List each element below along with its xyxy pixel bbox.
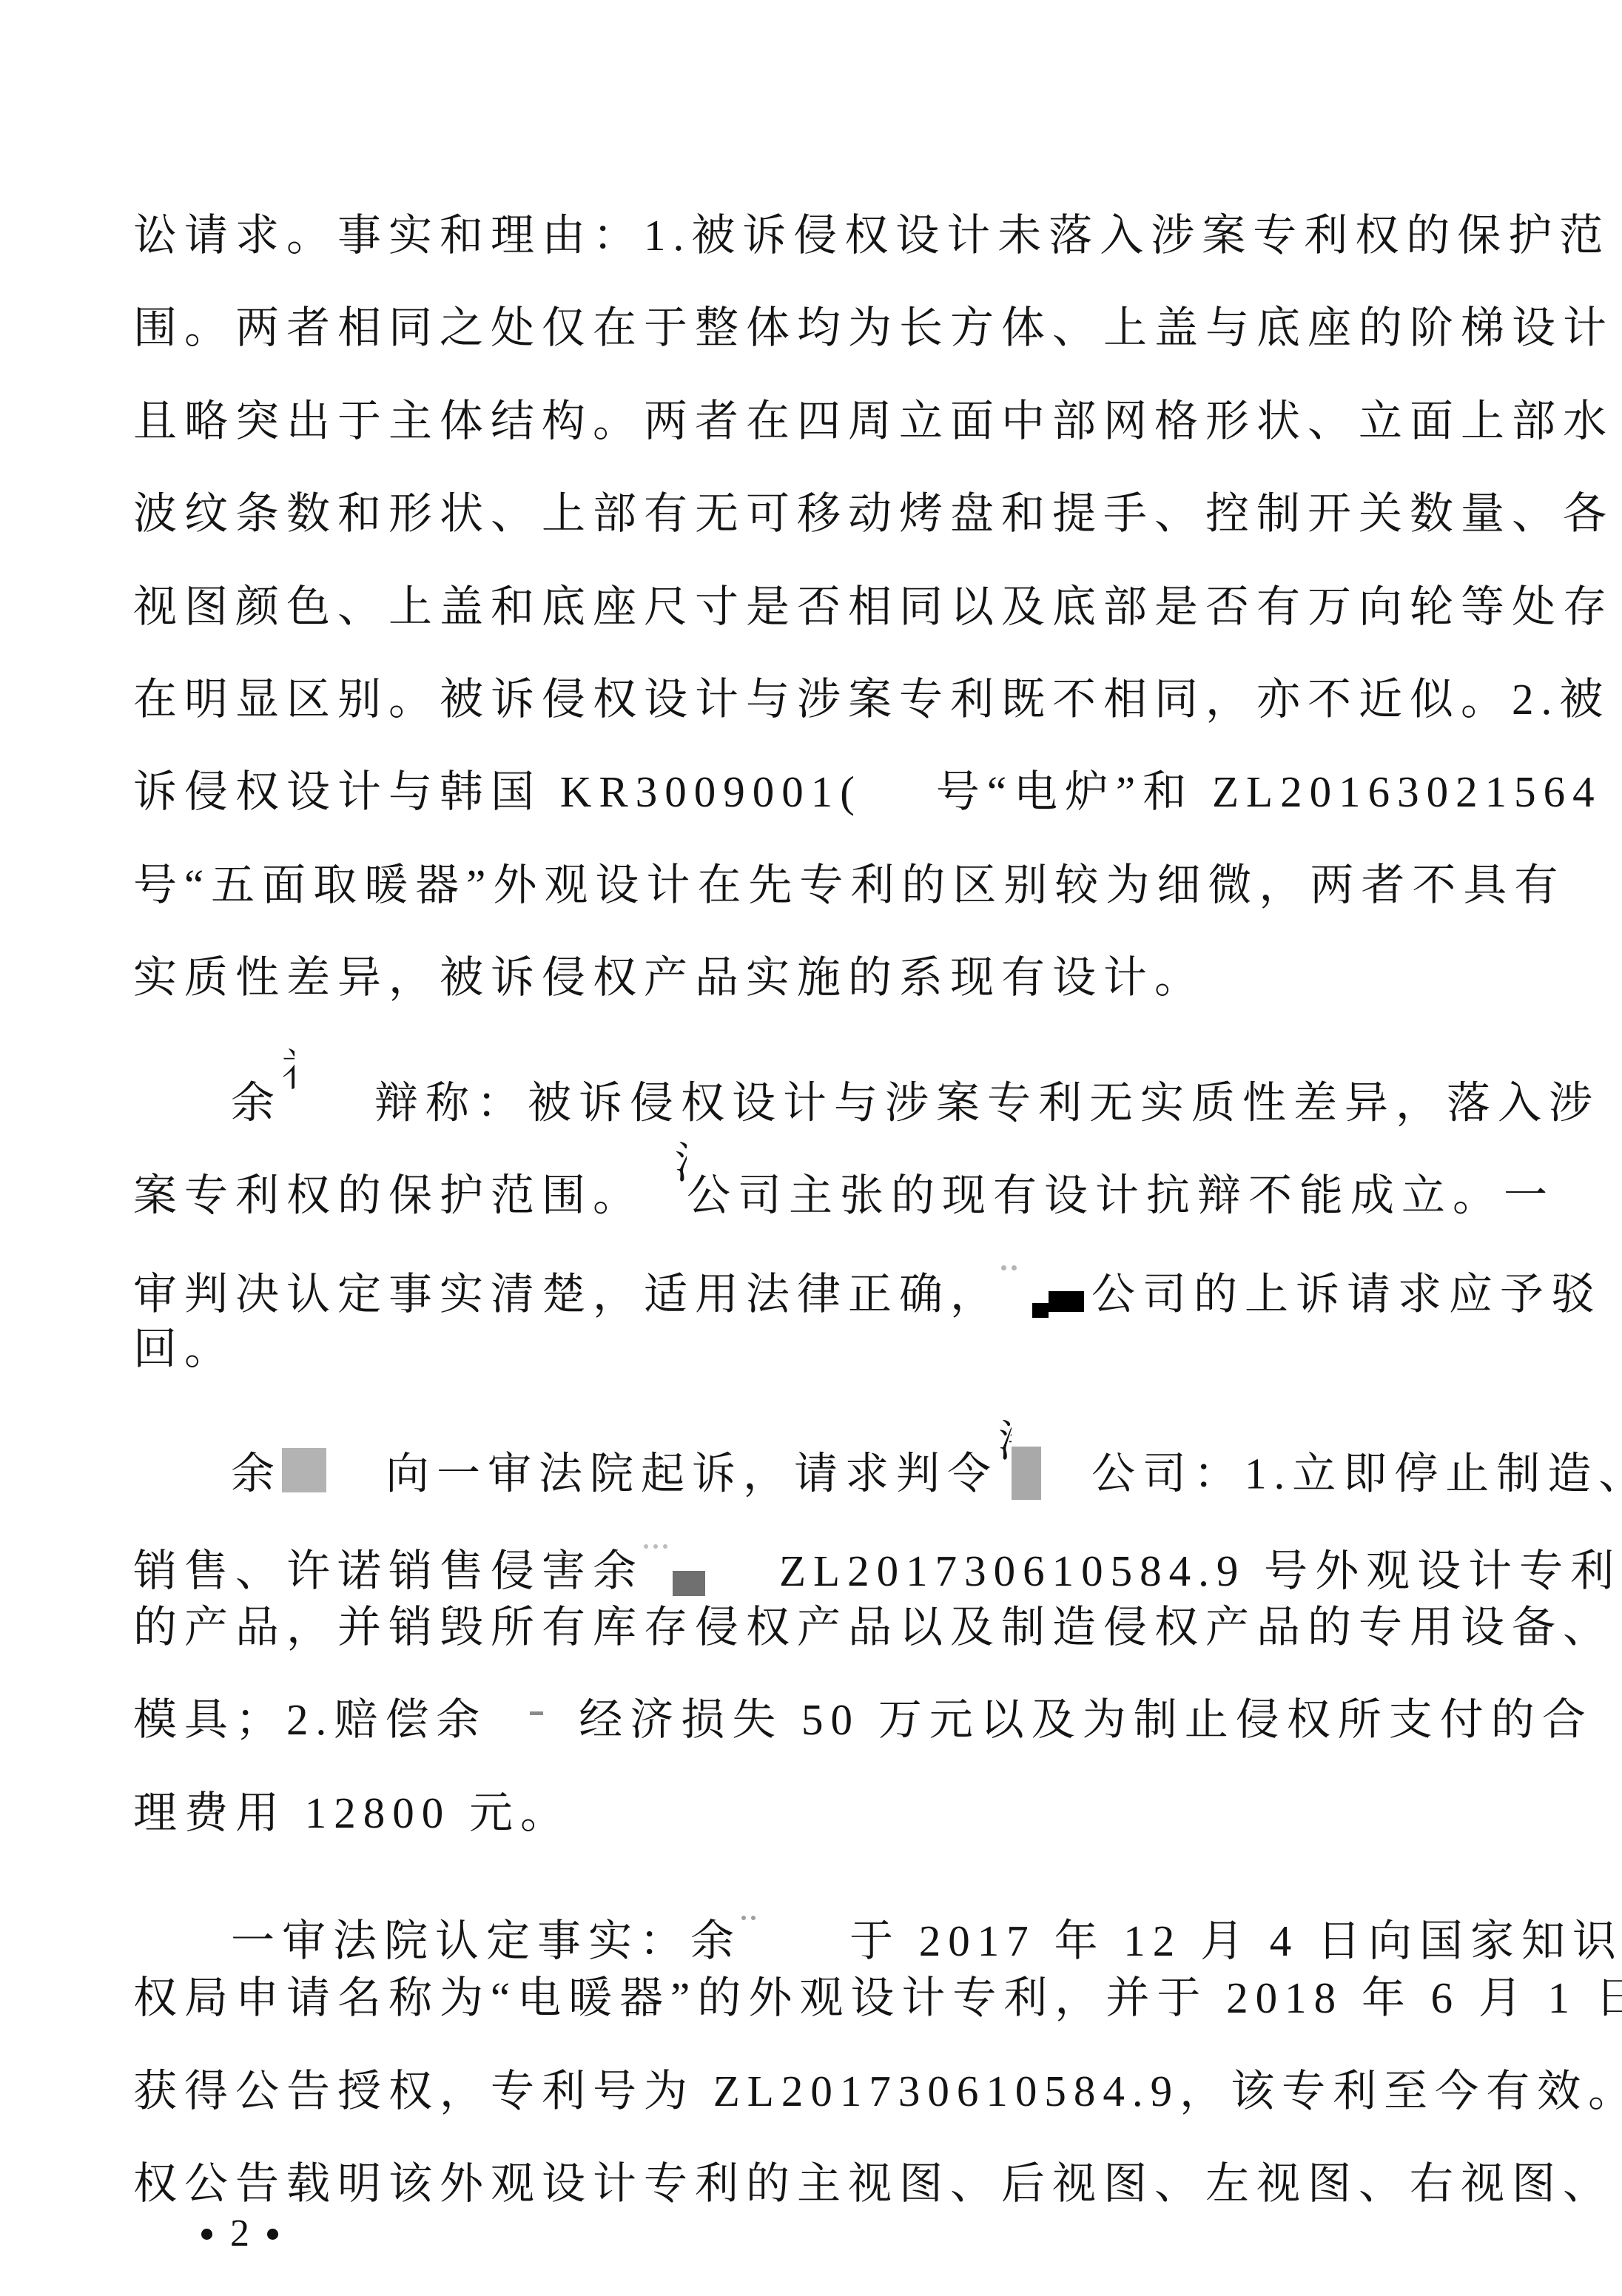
text-run: 视图颜色、上盖和底座尺寸是否相同以及底部是否有万向轮等处存 xyxy=(133,582,1614,631)
gap xyxy=(1084,1308,1091,1309)
text-run: 号“五面取暖器”外观设计在先专利的区别较为细微，两者不具有 xyxy=(133,861,1565,909)
footer-dot-icon xyxy=(201,2229,212,2240)
text-run: 审判决认定事实清楚，适用法律正确， xyxy=(133,1270,1001,1319)
redaction-box xyxy=(1032,1303,1049,1318)
text-line: 波纹条数和形状、上部有无可移动烤盘和提手、控制开关数量、各 xyxy=(133,468,1539,560)
text-run: 理费用 12800 元。 xyxy=(133,1788,571,1837)
text-line: 讼请求。事实和理由：1.被诉侵权设计未落入涉案专利权的保护范 xyxy=(133,189,1539,282)
text-run: 在明显区别。被诉侵权设计与涉案专利既不相同，亦不近似。2.被 xyxy=(133,675,1610,724)
text-line: 余礼辩称：被诉侵权设计与涉案专利无实质性差异，落入涉 xyxy=(133,1025,1539,1117)
gap xyxy=(1022,1308,1032,1309)
redaction-box xyxy=(1049,1291,1084,1312)
redaction-remnant: 江 xyxy=(675,1117,687,1210)
text-line: 号“五面取暖器”外观设计在先专利的区别较为细微，两者不具有 xyxy=(133,839,1539,932)
scanned-document-page: 讼请求。事实和理由：1.被诉侵权设计未落入涉案专利权的保护范围。两者相同之处仅在… xyxy=(0,0,1622,2296)
text-run: 获得公告授权，专利号为 ZL201730610584.9，该专利至今有效。授 xyxy=(133,2067,1622,2115)
text-run: 号“电炉”和 ZL20163021564 xyxy=(936,767,1602,816)
gap xyxy=(543,1734,579,1734)
text-run: 的产品，并销毁所有库存侵权产品以及制造侵权产品的专用设备、 xyxy=(133,1603,1614,1652)
footer-dot-icon xyxy=(267,2229,278,2240)
page-number: 2 xyxy=(201,2208,278,2260)
text-run: 经济损失 50 万元以及为制止侵权所支付的合 xyxy=(579,1695,1593,1744)
text-line: 余向一审法院起诉，请求判令海公司：1.立即停止制造、 xyxy=(133,1396,1539,1488)
text-run: 诉侵权设计与韩国 KR3009001( xyxy=(133,767,862,816)
text-line: 获得公告授权，专利号为 ZL201730610584.9，该专利至今有效。授 xyxy=(133,2045,1539,2138)
text-line: 权局申请名称为“电暖器”的外观设计专利，并于 2018 年 6 月 1 日 xyxy=(133,1952,1539,2044)
text-run: 波纹条数和形状、上部有无可移动烤盘和提手、控制开关数量、各 xyxy=(133,489,1614,538)
text-line: 的产品，并销毁所有库存侵权产品以及制造侵权产品的专用设备、 xyxy=(133,1581,1539,1674)
text-line: 一审法院认定事实：余于 2017 年 12 月 4 日向国家知识产 xyxy=(133,1859,1539,1952)
text-run: 且略突出于主体结构。两者在四周立面中部网格形状、立面上部水 xyxy=(133,397,1614,445)
text-run: 讼请求。事实和理由：1.被诉侵权设计未落入涉案专利权的保护范 xyxy=(133,211,1610,260)
text-line: 实质性差异，被诉侵权产品实施的系现有设计。 xyxy=(133,932,1539,1024)
text-line: 在明显区别。被诉侵权设计与涉案专利既不相同，亦不近似。2.被 xyxy=(133,653,1539,746)
text-run: 围。两者相同之处仅在于整体均为长方体、上盖与底座的阶梯设计 xyxy=(133,303,1614,352)
text-run: 实质性差异，被诉侵权产品实施的系现有设计。 xyxy=(133,953,1205,1002)
page-number-value: 2 xyxy=(230,2212,249,2255)
document-body: 讼请求。事实和理由：1.被诉侵权设计未落入涉案专利权的保护范围。两者相同之处仅在… xyxy=(133,189,1539,2231)
text-line: 诉侵权设计与韩国 KR3009001(号“电炉”和 ZL20163021564 xyxy=(133,746,1539,838)
text-line: 审判决认定事实清楚，适用法律正确，公司的上诉请求应予驳 xyxy=(133,1210,1539,1302)
text-line: 案专利权的保护范围。江公司主张的现有设计抗辩不能成立。一 xyxy=(133,1117,1539,1210)
text-line: 销售、许诺销售侵害余ZL201730610584.9 号外观设计专利权 xyxy=(133,1488,1539,1580)
redaction-remnant: 海 xyxy=(998,1396,1012,1488)
text-line: 视图颜色、上盖和底座尺寸是否相同以及底部是否有万向轮等处存 xyxy=(133,561,1539,653)
text-run: 回。 xyxy=(133,1324,235,1373)
text-run: 公司的上诉请求应予驳 xyxy=(1091,1270,1602,1319)
redaction-remnant xyxy=(1001,1210,1022,1302)
text-line: 围。两者相同之处仅在于整体均为长方体、上盖与底座的阶梯设计 xyxy=(133,282,1539,374)
redaction-remnant: 礼 xyxy=(282,1025,295,1117)
redaction-remnant xyxy=(644,1488,673,1580)
text-run: 权公告载明该外观设计专利的主视图、后视图、左视图、右视图、 xyxy=(133,2159,1614,2208)
text-run: 权局申请名称为“电暖器”的外观设计专利，并于 2018 年 6 月 1 日 xyxy=(133,1973,1622,2022)
redaction-box xyxy=(282,1448,326,1492)
redaction-remnant xyxy=(741,1859,761,1952)
gap xyxy=(487,1734,530,1734)
text-line: 模具；2.赔偿余经济损失 50 万元以及为制止侵权所支付的合 xyxy=(133,1674,1539,1766)
text-run: 模具；2.赔偿余 xyxy=(133,1695,487,1744)
redaction-remnant xyxy=(530,1711,543,1715)
text-line: 权公告载明该外观设计专利的主视图、后视图、左视图、右视图、 xyxy=(133,2138,1539,2230)
text-line: 理费用 12800 元。 xyxy=(133,1767,1539,1859)
gap xyxy=(862,806,936,807)
text-line: 且略突出于主体结构。两者在四周立面中部网格形状、立面上部水 xyxy=(133,375,1539,468)
